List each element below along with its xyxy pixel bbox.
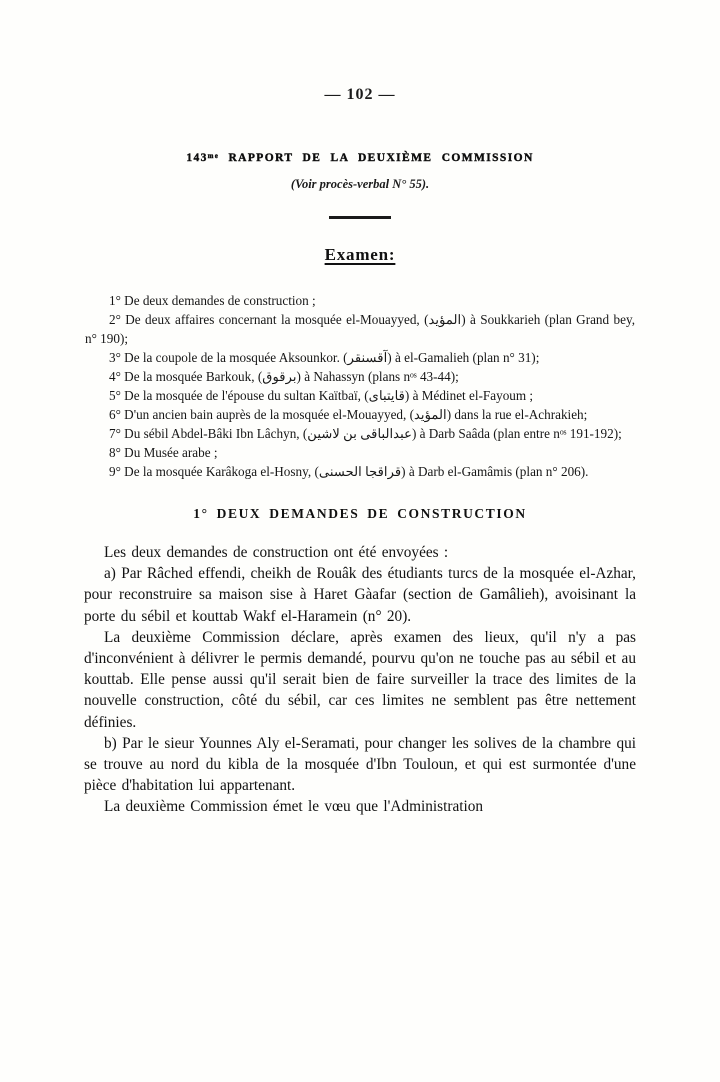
examen-item-5: 5° De la mosquée de l'épouse du sultan K…	[85, 386, 635, 405]
divider-rule	[329, 216, 391, 219]
examen-heading: Examen:	[0, 245, 720, 265]
examen-item-9: 9° De la mosquée Karâkoga el-Hosny, (قرا…	[85, 462, 635, 481]
report-subtitle: (Voir procès-verbal N° 55).	[0, 177, 720, 192]
examen-item-7: 7° Du sébil Abdel-Bâki Ibn Lâchyn, (عبدا…	[85, 424, 635, 443]
examen-item-1: 1° De deux demandes de construction ;	[85, 291, 635, 310]
examen-item-6: 6° D'un ancien bain auprès de la mosquée…	[85, 405, 635, 424]
examen-list: 1° De deux demandes de construction ; 2°…	[85, 291, 635, 481]
body-paragraph-commission-decision: La deuxième Commission déclare, après ex…	[84, 627, 636, 733]
body-paragraph-b: b) Par le sieur Younnes Aly el-Seramati,…	[84, 733, 636, 797]
examen-item-3: 3° De la coupole de la mosquée Aksounkor…	[85, 348, 635, 367]
body-paragraph-closing: La deuxième Commission émet le vœu que l…	[84, 796, 636, 817]
section-heading: 1° DEUX DEMANDES DE CONSTRUCTION	[0, 506, 720, 522]
section-body: Les deux demandes de construction ont ét…	[84, 542, 636, 818]
examen-item-8: 8° Du Musée arabe ;	[85, 443, 635, 462]
body-paragraph-a: a) Par Râched effendi, cheikh de Rouâk d…	[84, 563, 636, 627]
document-page: — 102 — 143ᵐᵉ RAPPORT DE LA DEUXIÈME COM…	[0, 0, 720, 1082]
body-paragraph-intro: Les deux demandes de construction ont ét…	[84, 542, 636, 563]
page-number: — 102 —	[0, 86, 720, 104]
examen-item-4: 4° De la mosquée Barkouk, (برقوق) à Naha…	[85, 367, 635, 386]
examen-item-2: 2° De deux affaires concernant la mosqué…	[85, 310, 635, 348]
report-title: 143ᵐᵉ RAPPORT DE LA DEUXIÈME COMMISSION	[0, 152, 720, 164]
